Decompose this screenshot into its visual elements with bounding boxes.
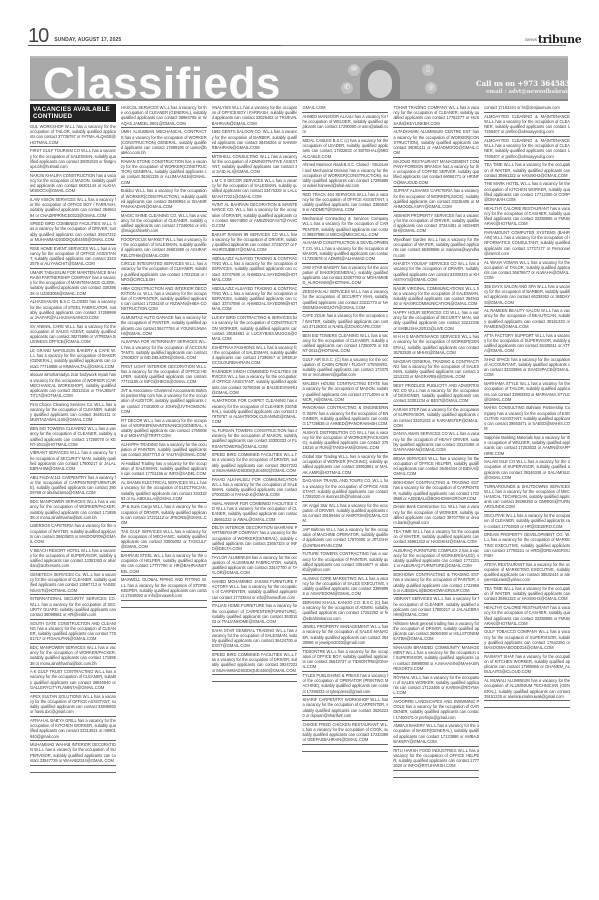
classified-ad: MAXWELL GLOBAL PIPING AND FITTING W.L.L … bbox=[121, 576, 207, 600]
classified-ad: CIRCLE INTEGRATED SERVICES W.L.L has a v… bbox=[121, 260, 207, 284]
classified-ad: ABDULAZIZ ALSAYED TRADING & CONTRACTING … bbox=[212, 255, 298, 285]
section-title-line2: CONTINUED bbox=[33, 113, 113, 120]
classified-ad: BDC MANPOWER SERVICES W.L.L has a vacanc… bbox=[30, 498, 116, 522]
classified-ad: BOKHOWA CONTRACTING & TRADING EST has a … bbox=[393, 571, 479, 595]
classified-ad: MALEEH HOUSE CONTRACTING ETATE has a vac… bbox=[302, 380, 388, 404]
classified-ad: TEA TIME W.L.L has a vacancy for the occ… bbox=[484, 585, 570, 604]
email-text: email : advt@newsofbahrain.com bbox=[486, 89, 568, 95]
classified-ad: alsouar almohamadya 2car bodywork repair… bbox=[30, 371, 116, 401]
classified-ad: ALSAFWA FOR VETERINARY SERVICES W.L.L ha… bbox=[121, 338, 207, 362]
classified-ad: TEA TIME W.L.L has a vacancy for the occ… bbox=[393, 528, 479, 547]
classified-ad: JVT & Associates- Chartered Accountants … bbox=[121, 387, 207, 417]
classified-ad: ALTADHAMIN ALUMINIUM CENTRE EST has a va… bbox=[393, 128, 479, 158]
classified-ad: contact 17162244 or hr@denjiaumum.com bbox=[484, 104, 570, 113]
classified-ad: TIDIIONTRE W.L.L has a vacancy for the o… bbox=[302, 648, 388, 672]
classified-ad: Global Star Trading W.L.L has a vacancy … bbox=[302, 453, 388, 477]
classified-ad: AMBAJI BAKERY W.L.L has a vacancy for th… bbox=[393, 722, 479, 746]
page-number: 10 bbox=[28, 26, 48, 46]
classified-ad: AL FURSAN TOWERS CONSTRUCTION has a vaca… bbox=[212, 427, 298, 451]
classified-ad: RASHFAT SHAF has a vacancy for the occup… bbox=[484, 653, 570, 677]
classified-ad: FIRST LIGHT INTERIOR DECORATION W.L.L ha… bbox=[121, 363, 207, 387]
classified-ad: EBRAHIM KHALIL KANOO CO. B.S.C (C) has a… bbox=[302, 599, 388, 623]
classified-ad: ABU FAIZAN 111 CARPENTRY has a vacancy f… bbox=[30, 474, 116, 498]
classified-ad: A K GULF TRUST CONTRACTING W.L.L has a v… bbox=[30, 668, 116, 692]
email-icon: ✉ bbox=[348, 64, 360, 76]
classified-ad: AL RAMEEN BEAUTY SALON W.L.L has a vacan… bbox=[484, 307, 570, 331]
classified-ad: ROYMAL W.L.L has a vacancy for the occup… bbox=[393, 674, 479, 698]
classified-ad: THE MARK HOTEL W.L.L has a vacancy for t… bbox=[484, 180, 570, 204]
column-end-rule bbox=[121, 607, 207, 608]
ad-list: GUL WORKSHOP W.L.L has a vacancy for the… bbox=[30, 123, 116, 773]
classified-ad: ALMATROOK FOR CARPET CLEANING has a vaca… bbox=[212, 397, 298, 427]
column-end-rule bbox=[484, 707, 570, 708]
classified-ad: DAGASHA TRAVEL AND TOURS CO. W.L.L has a… bbox=[302, 477, 388, 501]
classified-ad: APEX SULTAN SOLUTIONS W.L.L has a vacanc… bbox=[30, 693, 116, 717]
classified-ad: MITSHELL CONSULTING W.L.L has a vacancy … bbox=[212, 153, 298, 177]
classified-ad: ALAMAS CORE MARKETING W.L.L has a vacanc… bbox=[302, 575, 388, 599]
column-1: VACANCIES AVAILABLE CONTINUED GUL WORKSH… bbox=[30, 104, 116, 874]
classified-ad: BOKHOWA CONTRACTING & TRADING EST has a … bbox=[393, 479, 479, 503]
classified-ad: BAHRAIN STEEL W.L.L has a vacancy for th… bbox=[121, 552, 207, 576]
classified-ad: DANYA AMAN SERVICES CO W.L.L has a vacan… bbox=[393, 430, 479, 454]
section-heading: VACANCIES AVAILABLE CONTINUED bbox=[30, 104, 116, 122]
classified-ad: FIT DECOR W.L.L has a vacancy for the oc… bbox=[121, 417, 207, 441]
classified-ad: MARHAMA STYLE W.L.L has a vacancy for th… bbox=[484, 380, 570, 404]
classified-ad: KHAISTA YOUSAF SERVICES CO W.L.L has a v… bbox=[393, 260, 479, 284]
brand-name: tribune bbox=[538, 33, 582, 46]
classified-ad: MAGIC SHINE CLEANING CO. W.L.L has a vac… bbox=[121, 212, 207, 236]
classified-ad: AL SHAMS ELECTRICAL SERVICES W.L.L has a… bbox=[121, 479, 207, 503]
classified-ad: BEN EID TOWERS CLEANING W.L.L has a vaca… bbox=[302, 332, 388, 356]
classified-ad: 1992 GENTS SALOON CO. W.L.L has a vacanc… bbox=[212, 128, 298, 152]
classified-ad: TEA TIME W.L.L has a vacancy for the occ… bbox=[484, 161, 570, 180]
classified-ad: ALHAPPA TRADING has a vacancy for the oc… bbox=[121, 441, 207, 460]
classified-ad: HAPPY HOUR SERVICES CO W.L.L has a vacan… bbox=[393, 309, 479, 333]
classified-ad: AL WAHA VOMAN W.L.L has a vacancy for th… bbox=[484, 259, 570, 283]
ad-list: TOHAR TRADING COMPANY W.L.L has a vacanc… bbox=[393, 104, 479, 778]
classified-ad: GULF AIR B.S.C. (C) has a vacancy for th… bbox=[302, 356, 388, 380]
classified-ad: ALMOAYYED CLEANING & MAINTENANCE W.L.L h… bbox=[484, 137, 570, 161]
classified-ad: MIDAL CABLES B.S.C (c) has a vacancy for… bbox=[302, 137, 388, 161]
page-header: 10 SUNDAY, AUGUST 17, 2025 bbox=[28, 24, 281, 46]
classified-ad: SV ANIMAL CARE W.L.L has a vacancy for t… bbox=[30, 323, 116, 347]
classified-ad: INTERNATIONAL SECURITY SERVICES CO. W.L.… bbox=[30, 595, 116, 619]
classified-ad: HASCOL SERVICES W.L.L has a vacancy for … bbox=[121, 104, 207, 128]
classified-ad: Ahmed Mansoor Alaali B.S.C. Closed - Str… bbox=[302, 161, 388, 191]
classified-ad: ILAW VISION SERVICES W.L.L has a vacancy… bbox=[30, 196, 116, 220]
column-3: ANALYSIS W.L.L has a vacancy for the occ… bbox=[212, 104, 298, 874]
column-4: GMAIL.COMAHMED MANSOOR ALAALI has a vaca… bbox=[302, 104, 388, 874]
banner-title: Classifieds bbox=[43, 64, 281, 99]
brand-prefix: news bbox=[525, 37, 537, 43]
classified-ad: PARAMOUNT COMPUTER SYSTEMS (BAHRAIN) W.L… bbox=[484, 229, 570, 259]
classified-ad: KSHETRAA FASHIONS W.L.L has a vacancy fo… bbox=[212, 344, 298, 368]
classified-ad: BDC MANPOWER SERVICES W.L.L has a vacanc… bbox=[30, 644, 116, 668]
classified-ad: RED TRACK 464 SERVICES W.L.L has a vacan… bbox=[302, 191, 388, 215]
avatar-illustration bbox=[360, 60, 400, 99]
classified-ad: RISE HOME EVENT SERVICES W.L.L has a vac… bbox=[30, 245, 116, 269]
classified-ad: KARAM STEP has a vacancy for the occupat… bbox=[393, 406, 479, 430]
classified-ad: TYLES PUBLISHING & PRESS has a vacancy f… bbox=[302, 672, 388, 696]
classified-ad: TAS GULF SERVICES W.L.L has a vacancy fo… bbox=[121, 528, 207, 552]
avatar-face bbox=[368, 70, 392, 98]
classifieds-banner: Classifieds ✉ ✆ ▯ ◎ Call us on +973 3645… bbox=[30, 56, 568, 99]
classified-ad: LIBERSOS CAFETERIA has a vacancy for the… bbox=[30, 522, 116, 546]
classified-ad: DELTA INTERIOR DECORATION BAHRAINI PARTN… bbox=[212, 524, 298, 554]
classified-ad: HEALTHY CALORIE RESTAURANT has a vacancy… bbox=[484, 604, 570, 628]
classified-ad: UMAIR TABASSUM FOR MAINTENANCE BAHRAINI … bbox=[30, 269, 116, 299]
header-rule bbox=[28, 45, 281, 46]
classified-ad: DREAM PROPERTY DEVELOPMENT CO. W.L.L has… bbox=[484, 531, 570, 561]
classified-ad: TURNAROUNDS & SHUTDOWNS SERVICES W.L.L h… bbox=[484, 483, 570, 513]
classified-ad: ANALYSIS W.L.L has a vacancy for the occ… bbox=[212, 104, 298, 128]
ad-list: contact 17162244 or hr@denjiaumum.comALM… bbox=[484, 104, 570, 708]
classified-ad: ALMUMTAZ AUTO GARAGE has a vacancy for t… bbox=[121, 314, 207, 338]
column-2: HASCOL SERVICES W.L.L has a vacancy for … bbox=[121, 104, 207, 874]
classified-ad: SPEED BIRD COMBINED FACILITIES W.L.L has… bbox=[212, 451, 298, 475]
classified-ad: GULF TOBACCO COMPANY W.L.L has a vacancy… bbox=[484, 628, 570, 652]
classified-ad: VIBRANT SERVICES W.L.L has a vacancy for… bbox=[393, 595, 479, 619]
classified-ad: Mechanical Contracting & Services Compan… bbox=[302, 215, 388, 239]
classified-ad: LUCKY BIRD CONTRACTING & SERVICES has a … bbox=[212, 314, 298, 344]
classified-ad: JAW STAR BAKERY has a vacancy for the oc… bbox=[302, 264, 388, 288]
classified-ad: HEALTHY CALORIE RESTAURANT has a vacancy… bbox=[484, 205, 570, 229]
classified-ad: GMAIL.COM bbox=[302, 104, 388, 113]
classified-ad: RAJINDER SINGH COMBINED FACILITIES SERVI… bbox=[212, 368, 298, 398]
classified-ad: SPEED BIRD COMBINED FACILITIES W.L.L has… bbox=[30, 220, 116, 244]
classified-ad: 365 DAYS SALON AND SPA W.L.L has a vacan… bbox=[484, 283, 570, 307]
section-title-line1: VACANCIES AVAILABLE bbox=[33, 106, 113, 113]
classified-ad: BIDAA SERVICES W.L.L has a vacancy for t… bbox=[393, 455, 479, 479]
classified-ad: L M C S DECOR SERVICES W.L.L has a vacan… bbox=[212, 177, 298, 201]
classified-ad: AHMED MANSOOR ALAALI has a vacancy for t… bbox=[302, 113, 388, 137]
classified-ad: ABSHER PROPERTY SERVICES has a vacancy f… bbox=[393, 212, 479, 236]
classified-columns: VACANCIES AVAILABLE CONTINUED GUL WORKSH… bbox=[30, 104, 570, 874]
ad-list: HASCOL SERVICES W.L.L has a vacancy for … bbox=[121, 104, 207, 608]
classified-ad: ZEESHAN ALI SERVICES W.L.L has a vacancy… bbox=[302, 288, 388, 312]
column-end-rule bbox=[393, 777, 479, 778]
classified-ad: LE GRAND NAPOLEON BAKERY & CAFE W.L.L ha… bbox=[30, 347, 116, 371]
classified-ad: FOODFOCUS MARKET W.L.L has a vacancy for… bbox=[121, 236, 207, 260]
classified-ad: MUHAMMAD WAHAB INTERIOR DECORATION W.L.L… bbox=[30, 741, 116, 765]
column-5: TOHAR TRADING COMPANY W.L.L has a vacanc… bbox=[393, 104, 479, 874]
classified-ad: ATTA FACTORY SUPPORT W.L.L has a vacancy… bbox=[484, 332, 570, 356]
column-end-rule bbox=[30, 772, 116, 773]
classified-ad: AL MUWALI ALUMINIUM has a vacancy for th… bbox=[484, 677, 570, 701]
classified-ad: FUTURE TOWERS CONTRACTING has a vacancy … bbox=[302, 550, 388, 574]
classified-ad: GECUTIVE W.L.L has a vacancy for the occ… bbox=[484, 512, 570, 531]
classified-ad: AVOOPIRE LANDSCAPES AND SWIMMING POOLS h… bbox=[393, 698, 479, 722]
classified-ad: BEST PRODUCE PUBLICITY AND ADVERTISING C… bbox=[393, 382, 479, 406]
classified-ad: ALHAMAD CONSTRUCTION & DEVELOPMENT CO. W… bbox=[302, 239, 388, 263]
classified-ad: Buildco W.L.L has a vacancy for the occu… bbox=[121, 187, 207, 211]
classified-ad: ATEYA RESTAURANT has a vacancy for the o… bbox=[484, 561, 570, 585]
header-rule-right bbox=[281, 45, 566, 46]
classified-ad: SUFRAT ALSHAMS CAFETERIA has a vacancy f… bbox=[393, 187, 479, 211]
classified-ad: HAMED MOHAMMED JASSIM FURNITURE FACTORY … bbox=[212, 578, 298, 602]
column-end-rule bbox=[302, 751, 388, 752]
classified-ad: MAHASIN BRANDED COMMUNITY MANAGEMENT W.L… bbox=[393, 644, 479, 674]
classified-ad: M H H S MAINTENANCE SERVICES W.L.L has a… bbox=[393, 333, 479, 357]
classified-ad: Hillstone Meat general trading has a vac… bbox=[393, 620, 479, 644]
classified-ad: TAYLOR ALUMINIUM has a vacancy for the o… bbox=[212, 554, 298, 578]
classified-ad: FAHAD ALKHALEEJ FOR COMMUNICATION W.L.L … bbox=[212, 476, 298, 500]
classified-ad: PANORAMA CONTRACTING & ENGINEERING SERV … bbox=[302, 404, 388, 428]
classified-ad: HIBA CONSTRUCTION AND INTERIOR DECORATIO… bbox=[121, 285, 207, 315]
classified-ad: Wyndham Garden W.L.L has a vacancy for t… bbox=[393, 236, 479, 260]
classified-ad: JP & Sons Cargo W.L.L has a vacancy for … bbox=[121, 503, 207, 527]
brand-logo: newstribune bbox=[525, 33, 581, 46]
classified-ad: CHIKEE FRIED CHICKEN RESTAURANT W.L.L ha… bbox=[302, 721, 388, 745]
classified-ad: MAHIS CONSULTING Bahraini Partnership Co… bbox=[484, 404, 570, 434]
classified-ad: First Choice Cleaning Services Co. W.L.L… bbox=[30, 401, 116, 425]
mobile-icon: ▯ bbox=[422, 64, 434, 76]
classified-ad: SAHA STAR GENERAL TRADING W.L.L has a va… bbox=[212, 627, 298, 651]
classified-ad: SALAM ISLE CO W.L.L has a vacancy for th… bbox=[484, 458, 570, 482]
page-date: SUNDAY, AUGUST 17, 2025 bbox=[54, 37, 121, 43]
classified-ad: ALMOAYYED CLEANING & MAINTENANCE W.L.L h… bbox=[484, 113, 570, 137]
classified-ad: ALWAYS DISTRIBUTION CO W.L.L has a vacan… bbox=[302, 429, 388, 453]
classified-ad: SHAD SPACE has a vacancy for the occupat… bbox=[484, 356, 570, 380]
classified-ad: Dream Bank Construction Co. W.L.L has a … bbox=[393, 503, 479, 527]
classified-ad: GUL WORKSHOP W.L.L has a vacancy for the… bbox=[30, 123, 116, 147]
classified-ad: ITALIAN HOME FURNITURE has a vacancy for… bbox=[212, 602, 298, 626]
classified-ad: AK Angel Star W.L.L has a vacancy for th… bbox=[302, 502, 388, 526]
classified-ad: TOHAR TRADING COMPANY W.L.L has a vacanc… bbox=[393, 104, 479, 128]
classified-ad: RAWAN STONE CONSTRUCTION has a vacancy f… bbox=[121, 158, 207, 188]
classified-ad: Sapphire Building Materials has a vacanc… bbox=[484, 434, 570, 458]
classified-ad: JAP Bahrain W.L.L has a vacancy for the … bbox=[302, 526, 388, 550]
classified-ad: NARJIS KHALIFA CONSTRUCTION has a vacanc… bbox=[30, 172, 116, 196]
classified-ad: ALBURAQ FURNITURE COMPLEX 2 has a vacanc… bbox=[393, 547, 479, 571]
ad-list: ANALYSIS W.L.L has a vacancy for the occ… bbox=[212, 104, 298, 682]
classified-ad: SOUTH GATE CONSTRUCTION AND CLEANING has… bbox=[30, 620, 116, 644]
column-end-rule bbox=[212, 681, 298, 682]
classified-ad: CAFE ZOUK has a vacancy for the occupati… bbox=[302, 312, 388, 331]
classified-ad: AWAL ANWAR FOR COMBINED FACILITIES CO W.… bbox=[212, 500, 298, 524]
column-6: contact 17162244 or hr@denjiaumum.comALM… bbox=[484, 104, 570, 874]
classified-ad: BEN EID TOWERS CLEANING W.L.L has a vaca… bbox=[30, 425, 116, 449]
classified-ad: MAGRAR GENERAL TRADING & CONTRACTING has… bbox=[393, 358, 479, 382]
classified-ad: SHARIF CARPENTRY WORKSHOP W.L.L has a va… bbox=[302, 696, 388, 720]
classified-ad: NASIR VIRGINAL COMMUNICATIONS W.L.L has … bbox=[393, 285, 479, 309]
classified-ad: JEWEL PROPERTY MANAGEMENT W.L.L has a va… bbox=[302, 623, 388, 647]
phone-icon: ✆ bbox=[341, 82, 353, 94]
call-us-text: Call us on +973 36458394 bbox=[476, 79, 568, 88]
banner-bottom-rule bbox=[30, 99, 568, 101]
classified-ad: RITU HARSH FOOD INDUSTRIES W.L.L has a v… bbox=[393, 747, 479, 771]
classified-ad: BAKHIT RAMAN 99 SERVICES CO W.L.L has a … bbox=[212, 231, 298, 255]
ad-list: GMAIL.COMAHMED MANSOOR ALAALI has a vaca… bbox=[302, 104, 388, 752]
classified-ad: Al-Haddad Trading has a vacancy for the … bbox=[121, 460, 207, 479]
classified-ad: MAJOUD RESTAURANT MANAGEMENT COMPANY-FOR… bbox=[393, 158, 479, 188]
classified-ad: SPEED BIRD COMBINED FACILITIES W.L.L has… bbox=[212, 651, 298, 675]
classified-ad: GENETECH SERVICES Co. W.L.L has a vacanc… bbox=[30, 571, 116, 595]
classified-ad: VIBRANT SERVICES W.L.L has a vacancy for… bbox=[30, 449, 116, 473]
classified-ad: V BEACH RESORT HOTEL W.L.L has a vacancy… bbox=[30, 547, 116, 571]
classified-ad: ALHASSANAIN B.S.C CLOSED has a vacancy f… bbox=[30, 298, 116, 322]
classified-ad: ABDULAZIZ ALSAYED TRADING & CONTRACTING … bbox=[212, 285, 298, 315]
globe-icon: ◎ bbox=[425, 82, 437, 94]
classified-ad: FIRST GULF TOURISM CO W.L.L has a vacanc… bbox=[30, 147, 116, 171]
classified-ad: AVINT AL BAHRAIN DECORATION & MAINTENANC… bbox=[212, 201, 298, 231]
classified-ad: UMIH ALSUBBAN MECHANICAL CONTRACTS has a… bbox=[121, 128, 207, 158]
classified-ad: AFRAH AL BAB'YA GRILL has a vacancy for … bbox=[30, 717, 116, 741]
